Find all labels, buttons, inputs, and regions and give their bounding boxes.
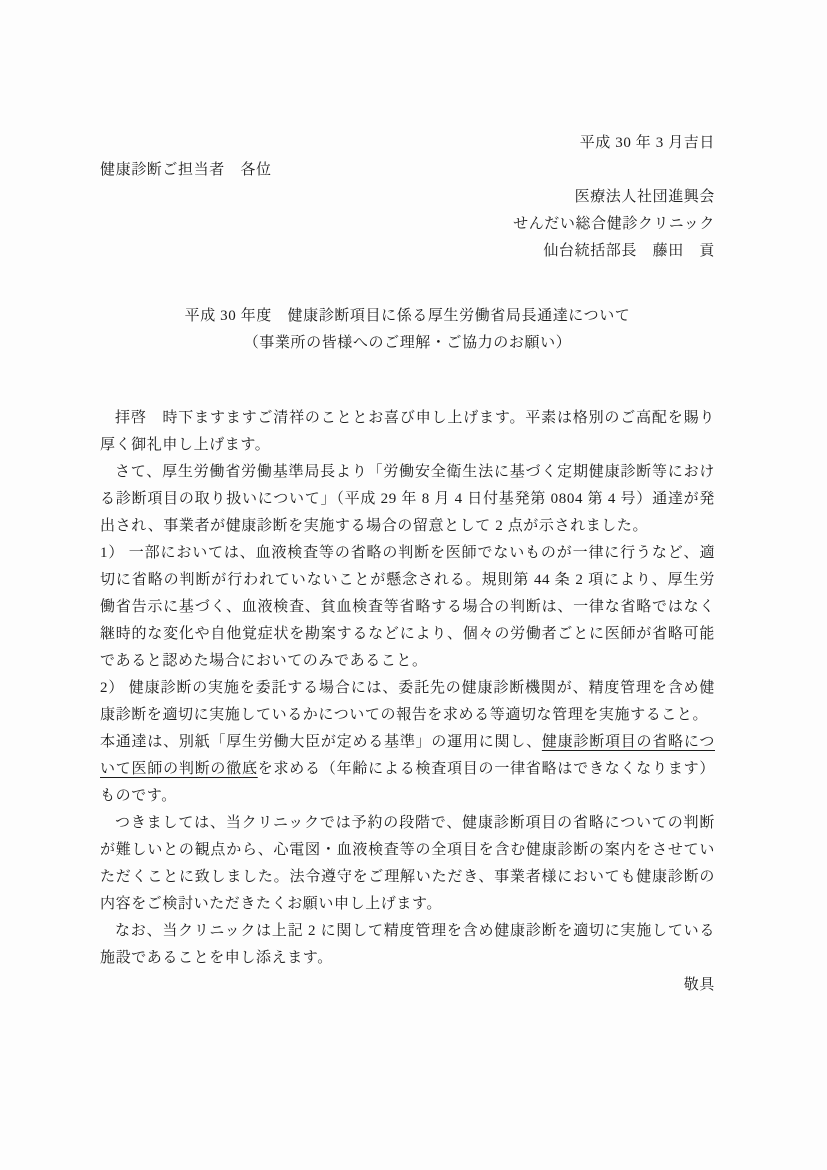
paragraph-addendum: なお、当クリニックは上記 2 に関して精度管理を含め健康診断を適切に実施している… [100, 918, 715, 972]
notice-text-pre: 本通達は、別紙「厚生労働大臣が定める基準」の運用に関し、 [100, 734, 542, 750]
document-page: 平成 30 年 3 月吉日 健康診断ご担当者 各位 医療法人社団進興会 せんだい… [0, 0, 827, 1170]
sender-block: 医療法人社団進興会 せんだい総合健診クリニック 仙台統括部長 藤田 貢 [100, 184, 715, 265]
paragraph-background: さて、厚生労働省労働基準局長より「労働安全衛生法に基づく定期健康診断等における診… [100, 459, 715, 540]
closing-word: 敬具 [100, 972, 715, 999]
sender-signer: 仙台統括部長 藤田 貢 [100, 238, 715, 265]
recipient-line: 健康診断ご担当者 各位 [100, 157, 715, 184]
sender-clinic: せんだい総合健診クリニック [100, 211, 715, 238]
paragraph-request: つきましては、当クリニックでは予約の段階で、健康診断項目の省略についての判断が難… [100, 810, 715, 918]
paragraph-notice: 本通達は、別紙「厚生労働大臣が定める基準」の運用に関し、健康診断項目の省略につい… [100, 729, 715, 810]
paragraph-item-1: 1） 一部においては、血液検査等の省略の判断を医師でないものが一律に行うなど、適… [100, 540, 715, 675]
document-title: 平成 30 年度 健康診断項目に係る厚生労働省局長通達について [100, 303, 715, 330]
title-block: 平成 30 年度 健康診断項目に係る厚生労働省局長通達について （事業所の皆様へ… [100, 303, 715, 357]
letter-body: 拝啓 時下ますますご清祥のこととお喜び申し上げます。平素は格別のご高配を賜り厚く… [100, 405, 715, 999]
sender-organization: 医療法人社団進興会 [100, 184, 715, 211]
paragraph-item-2: 2） 健康診断の実施を委託する場合には、委託先の健康診断機関が、精度管理を含め健… [100, 675, 715, 729]
document-subtitle: （事業所の皆様へのご理解・ご協力のお願い） [100, 330, 715, 357]
date-line: 平成 30 年 3 月吉日 [100, 130, 715, 157]
paragraph-greeting: 拝啓 時下ますますご清祥のこととお喜び申し上げます。平素は格別のご高配を賜り厚く… [100, 405, 715, 459]
